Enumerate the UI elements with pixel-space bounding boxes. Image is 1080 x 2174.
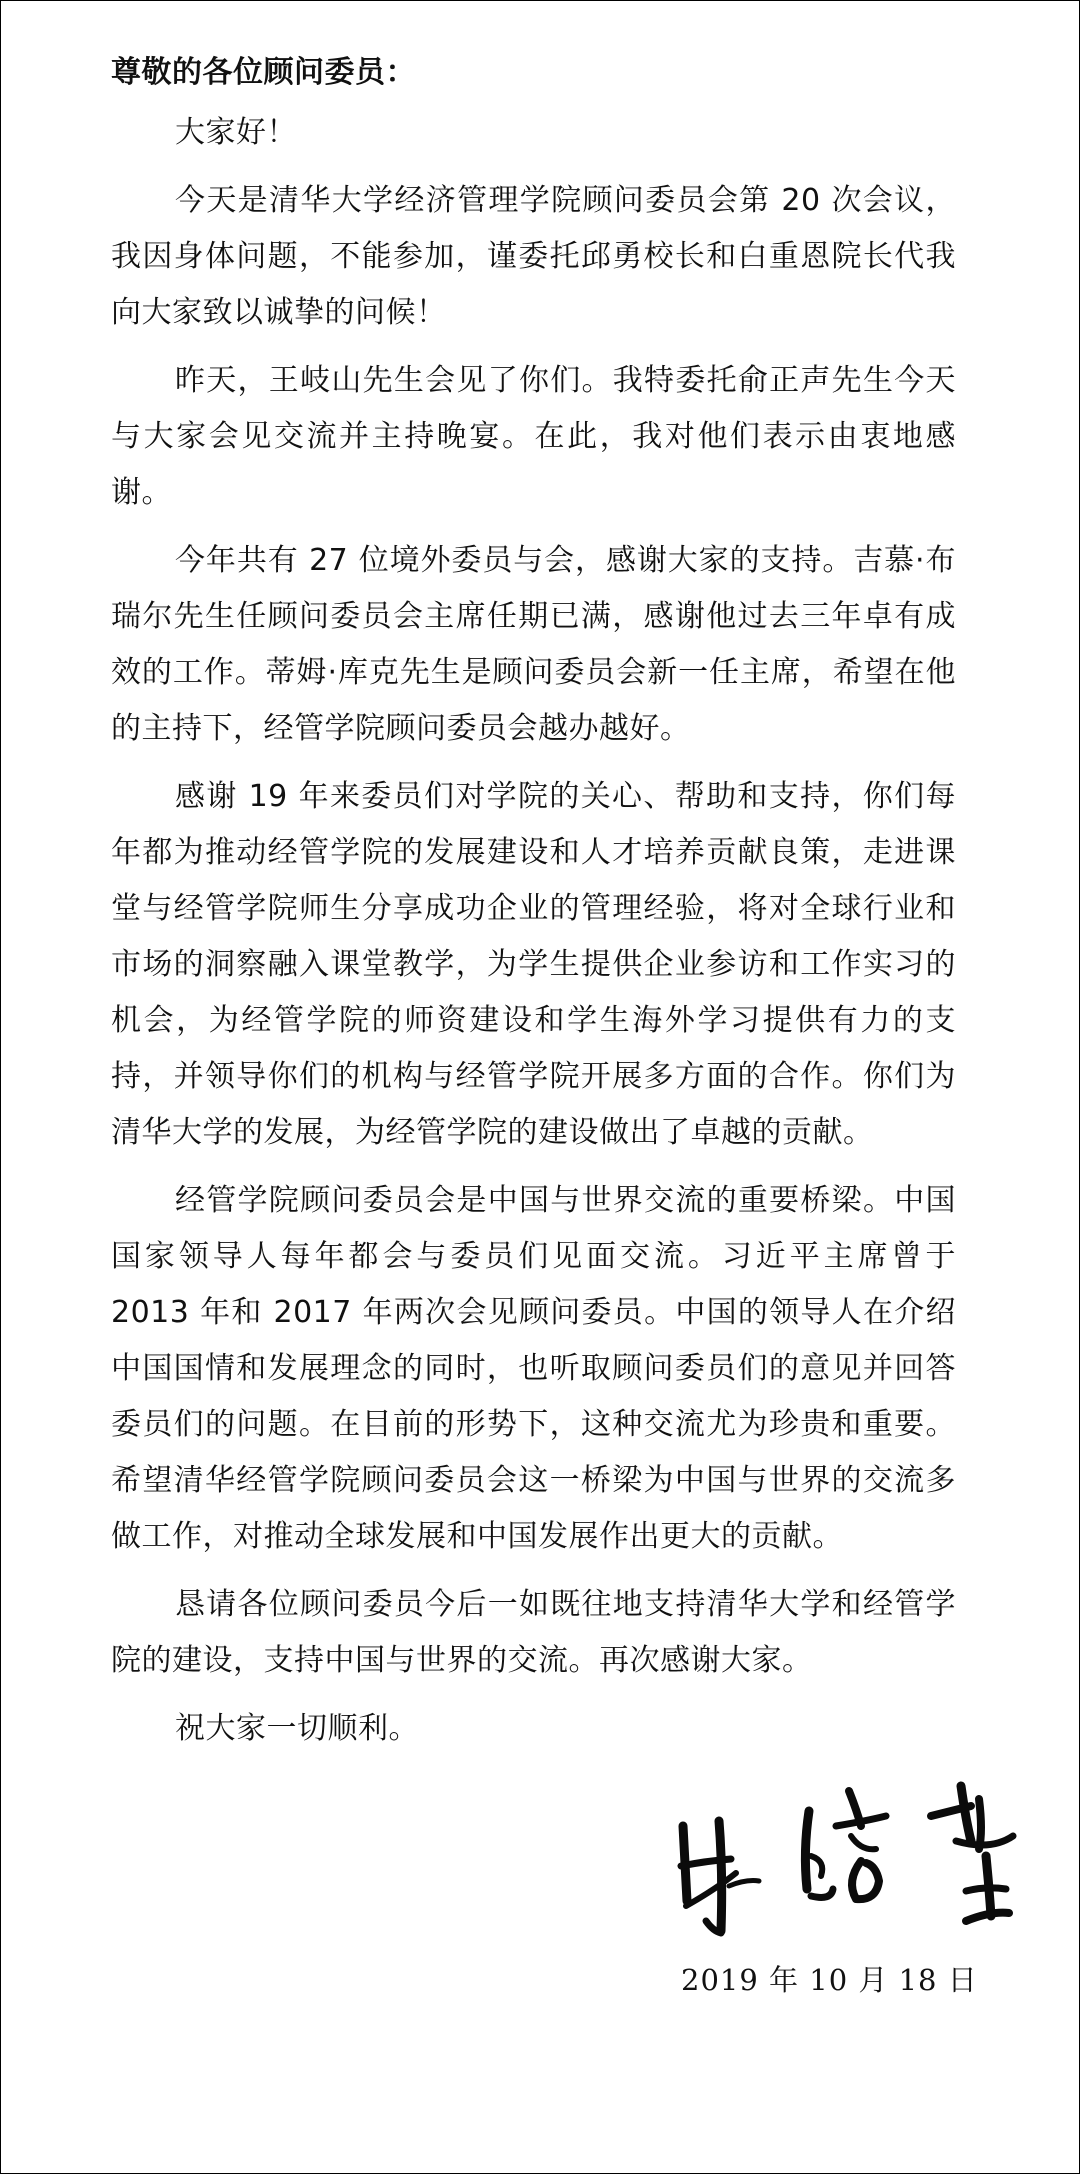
paragraph-bridge: 经管学院顾问委员会是中国与世界交流的重要桥梁。中国国家领导人每年都会与委员们见面… [111, 1173, 956, 1565]
letter-body: 尊敬的各位顾问委员： 大家好！ 今天是清华大学经济管理学院顾问委员会第 20 次… [111, 45, 956, 1769]
letter-page: 尊敬的各位顾问委员： 大家好！ 今天是清华大学经济管理学院顾问委员会第 20 次… [0, 0, 1080, 2174]
paragraph-closing: 祝大家一切顺利。 [111, 1701, 956, 1757]
paragraph-contributions: 感谢 19 年来委员们对学院的关心、帮助和支持，你们每年都为推动经管学院的发展建… [111, 769, 956, 1161]
paragraph-chairman: 今年共有 27 位境外委员与会，感谢大家的支持。吉慕·布瑞尔先生任顾问委员会主席… [111, 533, 956, 757]
handwritten-signature [661, 1781, 1041, 1951]
signature-icon [661, 1781, 1041, 1951]
letter-date: 2019 年 10 月 18 日 [681, 1958, 978, 1999]
paragraph-thanks-hosts: 昨天，王岐山先生会见了你们。我特委托俞正声先生今天与大家会见交流并主持晚宴。在此… [111, 353, 956, 521]
paragraph-greeting: 大家好！ [111, 105, 956, 161]
salutation: 尊敬的各位顾问委员： [111, 45, 956, 101]
paragraph-meeting: 今天是清华大学经济管理学院顾问委员会第 20 次会议，我因身体问题，不能参加，谨… [111, 173, 956, 341]
paragraph-request: 恳请各位顾问委员今后一如既往地支持清华大学和经管学院的建设，支持中国与世界的交流… [111, 1577, 956, 1689]
